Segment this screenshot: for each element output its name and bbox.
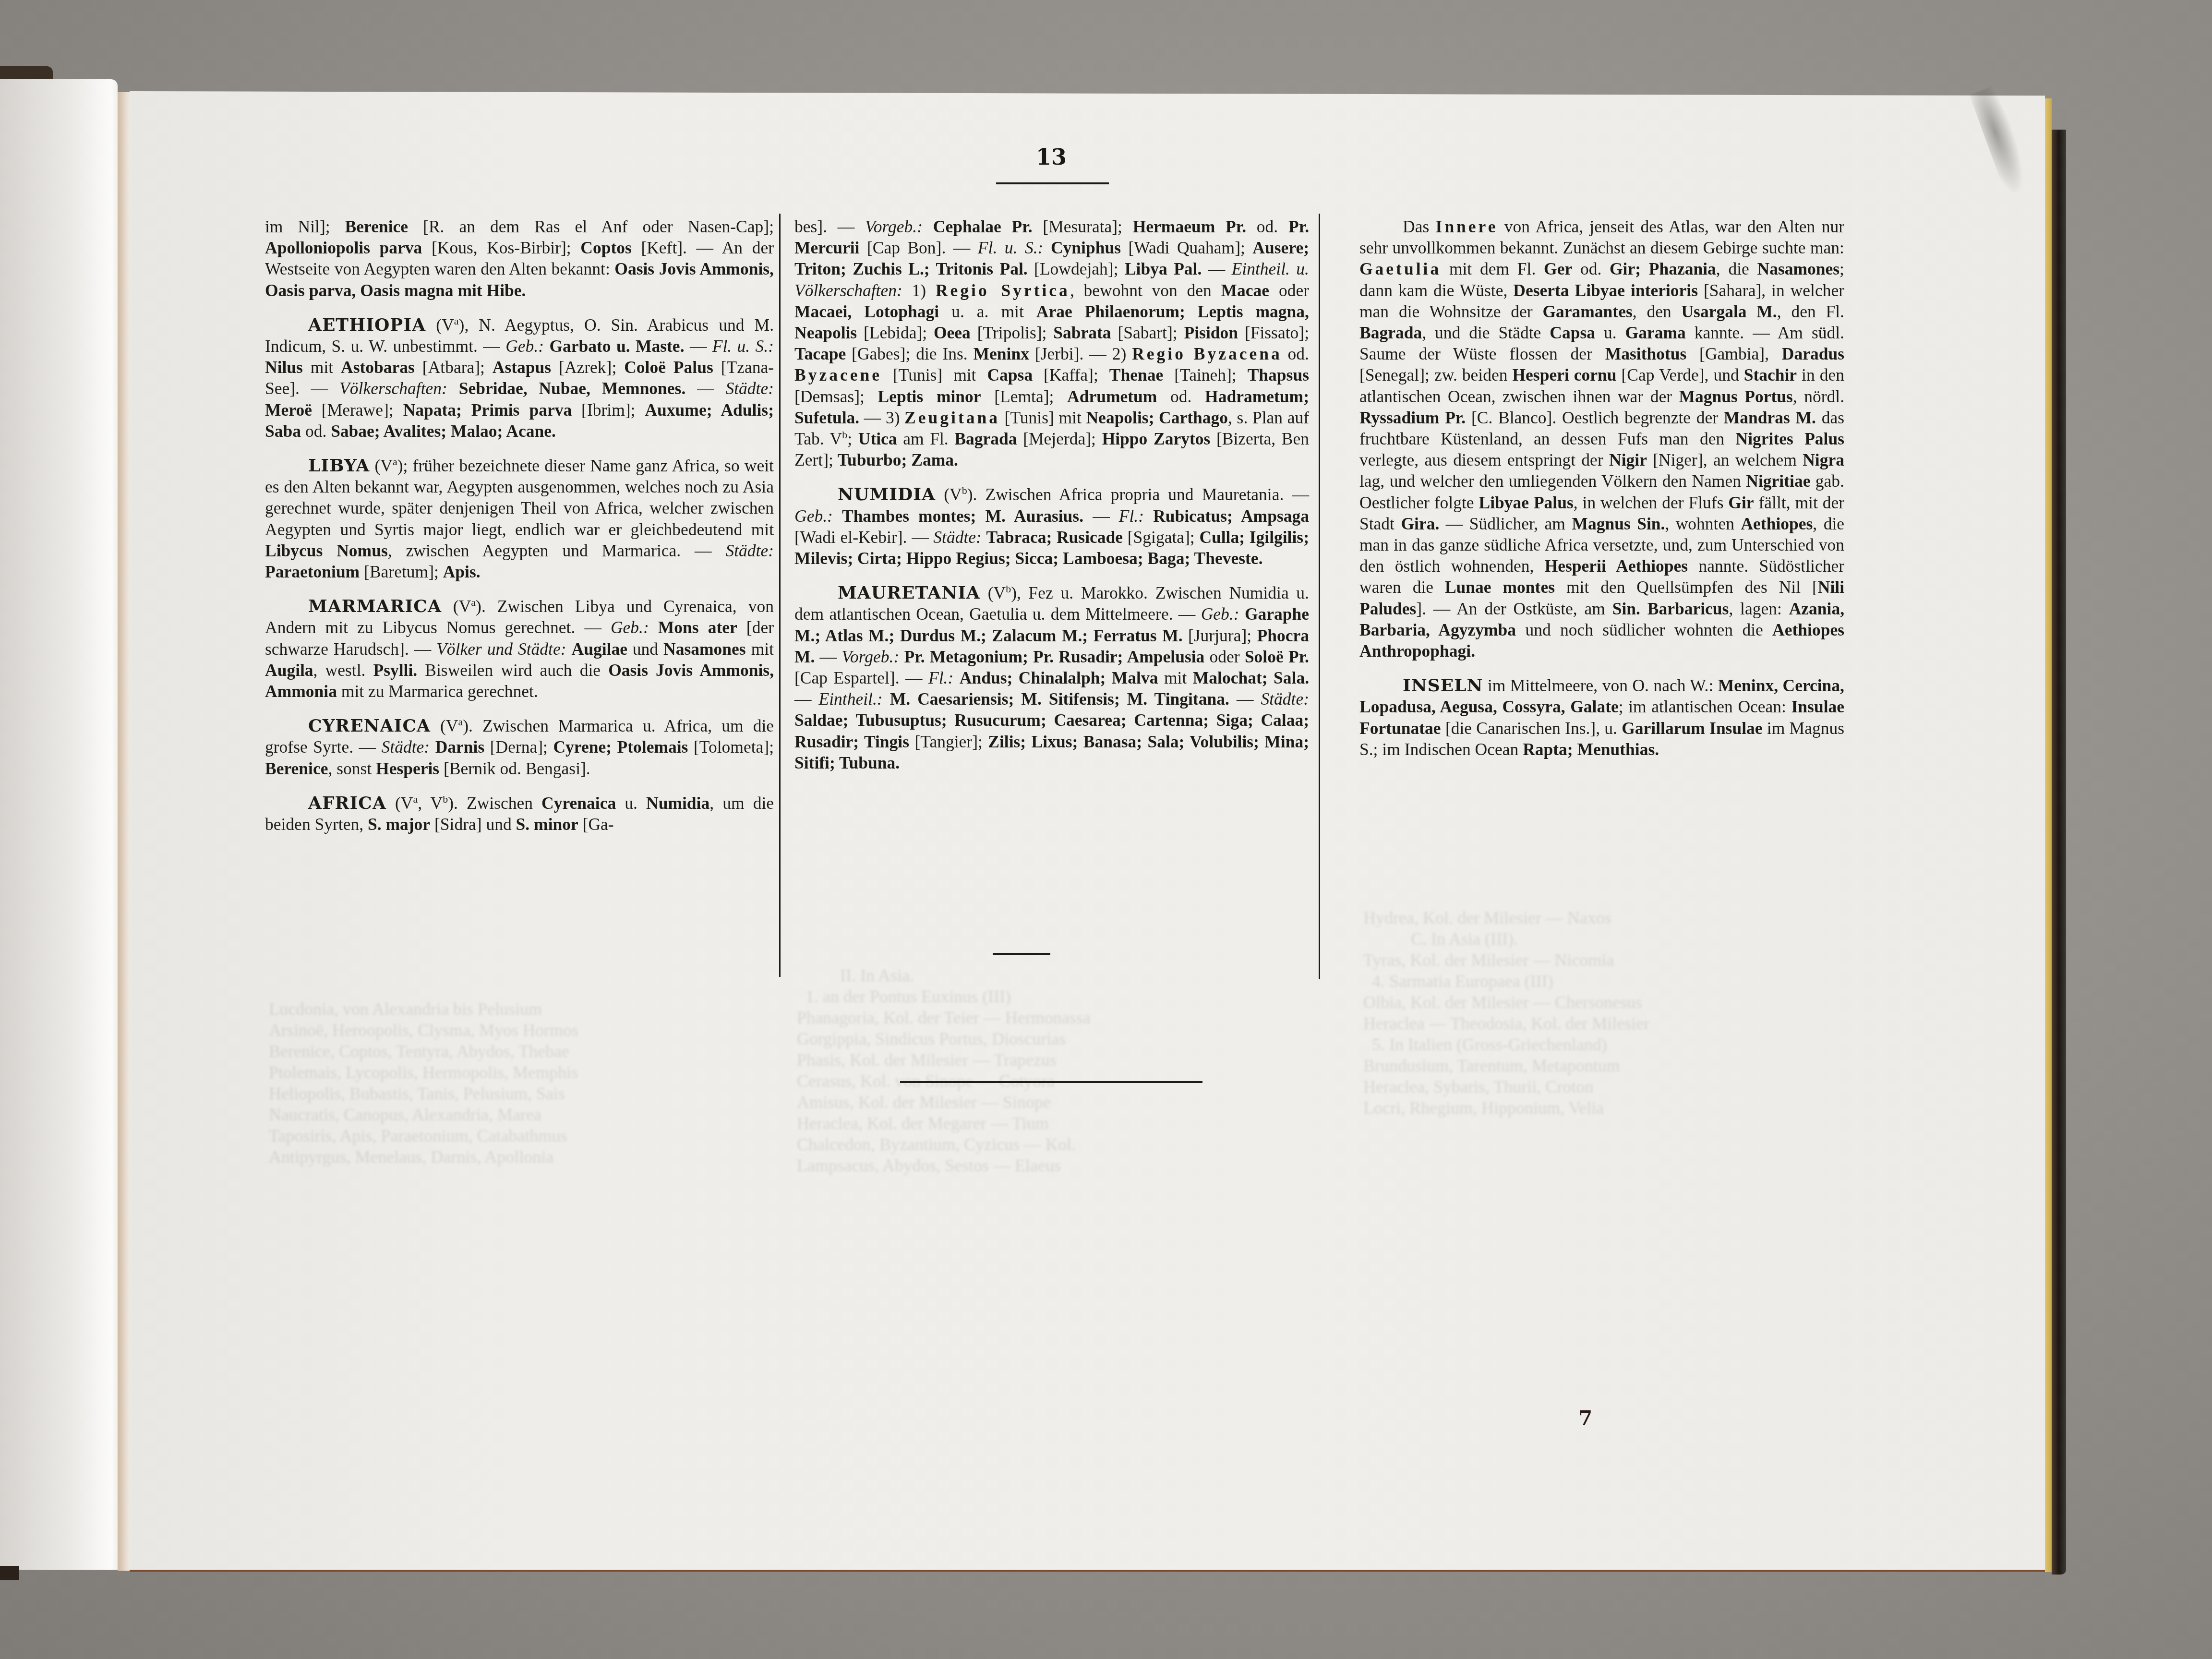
text-column-3: Das Innere von Africa, jenseit des Atlas… <box>1359 216 1844 760</box>
column-divider <box>1319 214 1320 979</box>
entry-heading: CYRENAICA <box>308 716 431 736</box>
entry-heading: MARMARICA <box>308 596 442 616</box>
entry-heading: LIBYA <box>308 456 370 476</box>
paragraph: Das Innere von Africa, jenseit des Atlas… <box>1359 216 1844 661</box>
map-reference: (Va) <box>426 315 464 335</box>
entry-africa: AFRICA (Va, Vb). Zwischen Cyrenaica u. N… <box>265 793 774 835</box>
paragraph: bes]. — Vorgeb.: Cephalae Pr. [Mesurata]… <box>794 216 1309 470</box>
signature-mark: 7 <box>1578 1407 1592 1430</box>
text-column-2: bes]. — Vorgeb.: Cephalae Pr. [Mesurata]… <box>794 216 1309 773</box>
header-rule <box>996 182 1109 184</box>
entry-heading: AFRICA <box>308 793 386 813</box>
gilt-page-edge <box>2045 98 2052 1572</box>
left-page-edge <box>0 79 118 1570</box>
map-reference: (Va) <box>442 597 481 616</box>
entry-heading: NUMIDIA <box>838 484 936 505</box>
page-number: 13 <box>1013 144 1090 170</box>
entry-heading: AETHIOPIA <box>308 315 426 335</box>
paragraph: im Nil]; Berenice [R. an dem Ras el Anf … <box>265 216 774 301</box>
entry-body: , Fez u. Marokko. Zwischen Numidia u. de… <box>794 583 1309 772</box>
column-divider <box>779 214 781 977</box>
book-cover-corner <box>0 66 53 81</box>
entry-numidia: NUMIDIA (Vb). Zwischen Africa propria un… <box>794 484 1309 569</box>
entry-heading: MAURETANIA <box>838 583 980 603</box>
entry-heading: INSELN <box>1403 675 1483 696</box>
text-column-1: im Nil]; Berenice [R. an dem Ras el Anf … <box>265 216 774 835</box>
entry-inseln: INSELN im Mittelmeere, von O. nach W.: M… <box>1359 675 1844 760</box>
map-reference: (Va, Vb) <box>386 793 454 813</box>
entry-aethiopia: AETHIOPIA (Va), N. Aegyptus, O. Sin. Ara… <box>265 314 774 442</box>
map-reference: (Vb) <box>936 485 973 504</box>
book-cover-edge <box>2052 130 2066 1575</box>
book-cover-corner-bottom <box>0 1566 19 1580</box>
section-end-rule <box>993 953 1050 955</box>
entry-mauretania: MAURETANIA (Vb), Fez u. Marokko. Zwische… <box>794 582 1309 773</box>
map-reference: (Vb) <box>980 583 1017 602</box>
entry-cyrenaica: CYRENAICA (Va). Zwischen Marmarica u. Af… <box>265 715 774 779</box>
map-reference: (Va) <box>431 716 469 735</box>
section-rule <box>900 1081 1202 1083</box>
entry-marmarica: MARMARICA (Va). Zwischen Libya und Cyren… <box>265 596 774 702</box>
entry-libya: LIBYA (Va); früher bezeichnete dieser Na… <box>265 455 774 582</box>
map-reference: (Va) <box>370 456 403 475</box>
